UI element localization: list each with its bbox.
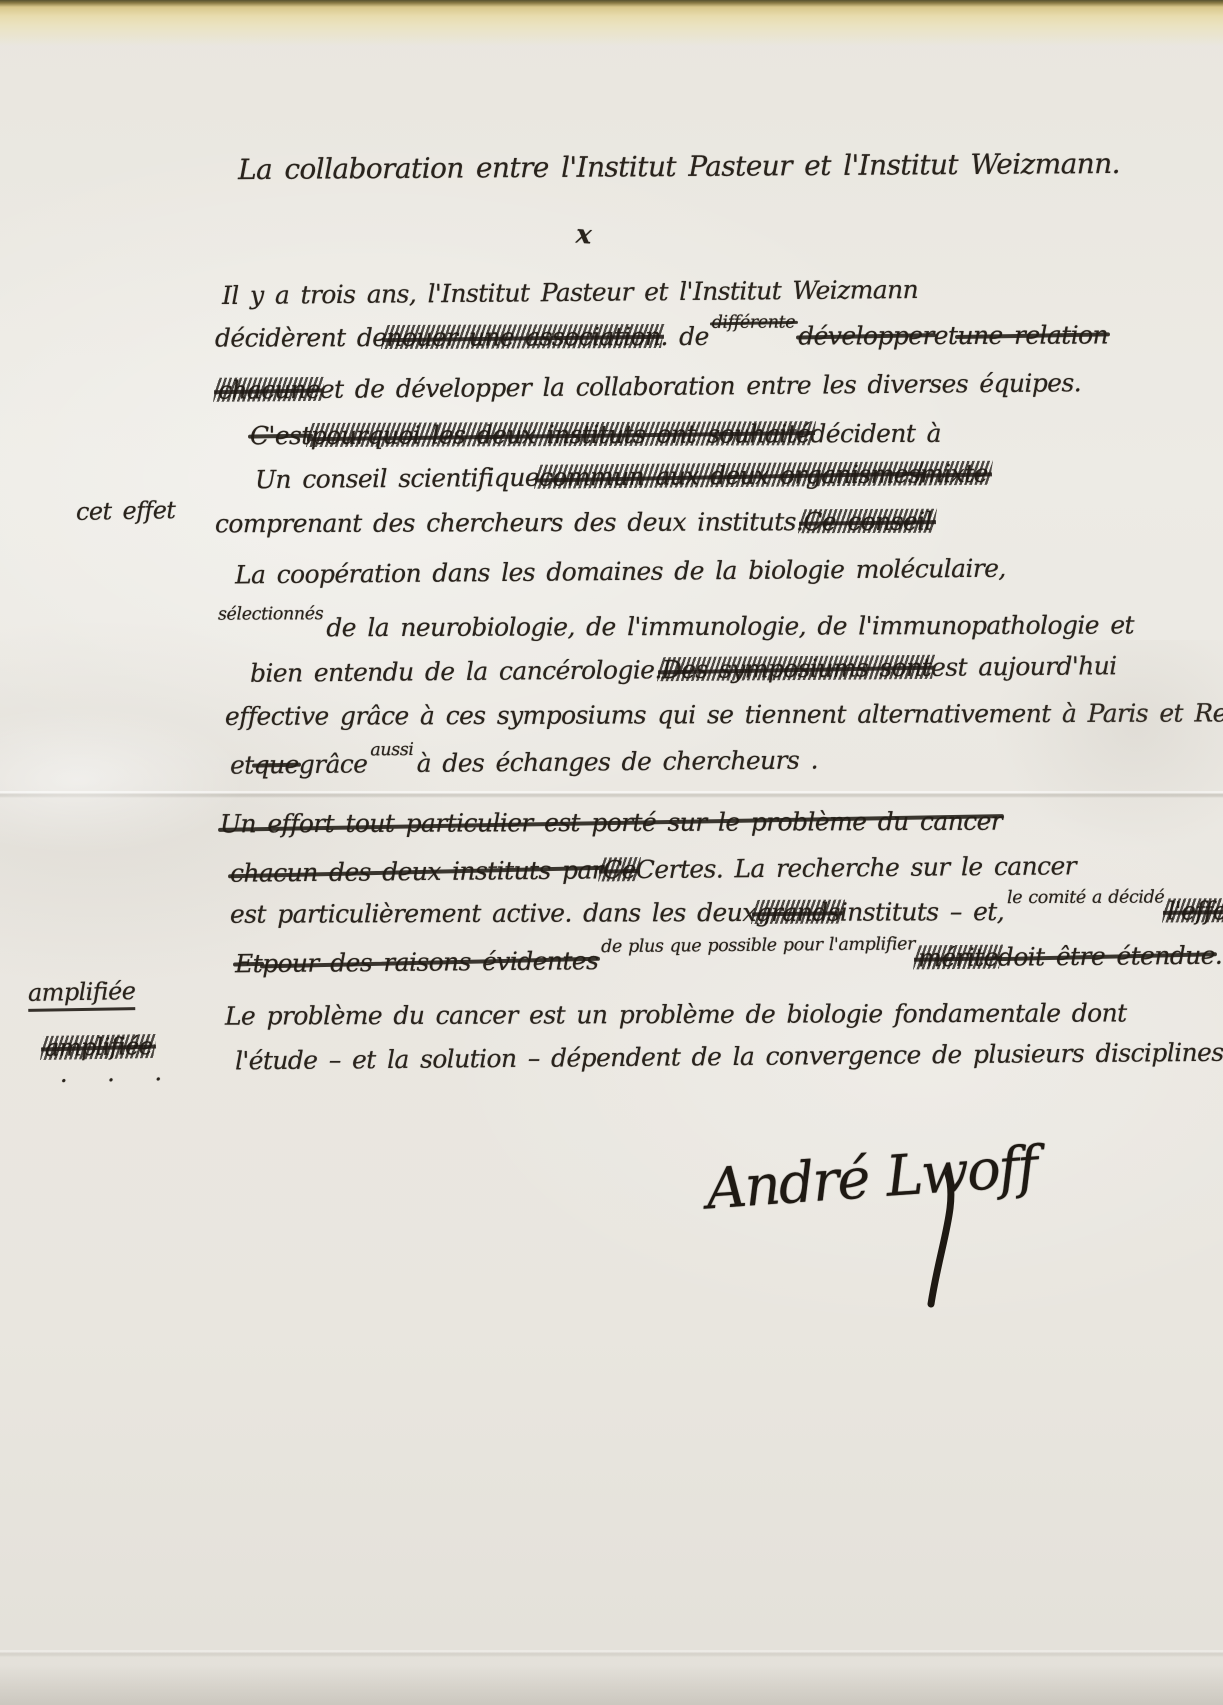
manuscript-line: Il y a trois ans, l'Institut Pasteur et …: [222, 275, 918, 310]
struck-text: Des symposiums sont: [662, 653, 932, 684]
struck-text: grands: [756, 898, 840, 927]
struck-text: Un effort tout particulier est porté sur…: [220, 807, 1002, 839]
inserted-word: sélectionnés: [218, 604, 323, 624]
text-segment: l'étude – et la solution – dépendent de …: [235, 1038, 1223, 1076]
text-segment: décident à: [810, 419, 941, 448]
manuscript-title: La collaboration entre l'Institut Pasteu…: [238, 147, 1120, 186]
signature-flourish: [896, 1168, 966, 1318]
text-segment: grâce: [299, 749, 368, 779]
text-segment: bien entendu de la cancérologie.: [250, 655, 662, 688]
inserted-word: aussi: [370, 740, 413, 760]
text-segment: Il y a trois ans, l'Institut Pasteur et …: [222, 275, 918, 310]
text-segment: décidèrent de: [215, 323, 387, 353]
margin-note: amplifiée: [45, 1032, 153, 1062]
struck-text: que: [254, 750, 299, 779]
manuscript-line: décidèrent de nouer une association. de …: [215, 320, 1108, 352]
manuscript-line: Et pour des raisons évidentes de plus qu…: [235, 941, 1222, 979]
paper-top-edge: [0, 0, 1223, 46]
margin-note: · · ·: [60, 1065, 177, 1095]
struck-text: une relation: [957, 320, 1108, 350]
text-segment: La coopération dans les domaines de la b…: [235, 554, 1006, 590]
manuscript-line: C'est pourquoi les deux instituts ont so…: [250, 419, 941, 450]
paper-bottom-shade: [0, 1665, 1223, 1705]
struck-text: doit être étendue: [998, 941, 1215, 972]
text-segment: et: [230, 750, 254, 779]
manuscript-line: et que grâce aussià des échanges de cher…: [230, 745, 818, 779]
struck-text: amplifiée: [45, 1032, 153, 1062]
text-segment: comprenant des chercheurs des deux insti…: [215, 507, 803, 538]
struck-text: nouer une association: [386, 322, 660, 352]
text-segment: et de développer la collaboration entre …: [320, 368, 1081, 404]
text-segment: amplifiée: [28, 977, 136, 1007]
struck-text: commun aux deux organismes: [539, 459, 920, 491]
text-segment: Un conseil scientifique: [255, 463, 539, 494]
text-segment: . de: [660, 322, 708, 351]
margin-note: amplifiée: [28, 977, 136, 1012]
text-segment: Certes. La recherche sur le cancer: [636, 851, 1076, 884]
manuscript-line: chacun des deux instituts par Ce Certes.…: [230, 851, 1076, 887]
text-segment: Le problème du cancer est un problème de…: [225, 998, 1127, 1030]
manuscript-line: l'étude – et la solution – dépendent de …: [235, 1038, 1223, 1076]
manuscript-line: Un conseil scientifique commun aux deux …: [255, 459, 988, 494]
manuscript-line: effective grâce à ces symposiums qui se …: [225, 698, 1223, 731]
margin-note: cet effet: [76, 496, 176, 526]
text-segment: effective grâce à ces symposiums qui se …: [225, 698, 1223, 731]
inserted-word: le comité a décidé: [1007, 888, 1164, 909]
text-segment: cet effet: [76, 496, 176, 526]
struck-text: Ce: [603, 855, 636, 884]
manuscript-line: comprenant des chercheurs des deux insti…: [215, 507, 932, 539]
struck-text: C'est: [250, 421, 311, 450]
fold-crease-bottom: [0, 1650, 1223, 1657]
text-segment: à des échanges de chercheurs .: [417, 745, 818, 777]
text-segment: et: [934, 321, 958, 350]
struck-text: pourquoi les deux instituts ont souhaité: [311, 419, 811, 450]
inserted-word: différente: [712, 313, 796, 333]
struck-text: chacun des deux instituts par: [230, 855, 603, 887]
struck-text: pour des raisons évidentes: [262, 946, 598, 978]
text-segment: · · ·: [60, 1065, 177, 1095]
manuscript-line: La coopération dans les domaines de la b…: [235, 554, 1006, 590]
text-segment: est aujourd'hui: [931, 651, 1117, 682]
struck-text: mérite: [918, 943, 998, 973]
inserted-word: de plus que possible pour l'amplifier: [601, 934, 915, 957]
struck-text: chacune: [218, 375, 320, 405]
text-segment: .: [1215, 941, 1223, 970]
manuscript-line: est particulièrement active. dans les de…: [230, 896, 1223, 929]
struck-text: développer: [798, 321, 934, 350]
manuscript-line: chacune et de développer la collaboratio…: [218, 368, 1081, 405]
manuscript-page: La collaboration entre l'Institut Pasteu…: [0, 0, 1223, 1705]
struck-text: Et: [235, 949, 262, 978]
signature: André Lwoff: [704, 1135, 1038, 1223]
struck-text: mixte: [920, 459, 988, 489]
manuscript-line: sélectionnésde la neurobiologie, de l'im…: [215, 610, 1134, 642]
struck-text: l'effort: [1167, 896, 1223, 925]
manuscript-line: Le problème du cancer est un problème de…: [225, 998, 1127, 1030]
text-segment: instituts – et,: [840, 897, 1004, 927]
struck-text: Ce conseil: [803, 507, 932, 536]
text-segment: est particulièrement active. dans les de…: [230, 898, 756, 929]
text-segment: de la neurobiologie, de l'immunologie, d…: [326, 610, 1134, 642]
fold-crease-middle: [0, 791, 1223, 798]
manuscript-line: bien entendu de la cancérologie. Des sym…: [250, 651, 1117, 688]
section-divider-x: x: [575, 220, 592, 251]
manuscript-line: Un effort tout particulier est porté sur…: [220, 807, 1002, 839]
